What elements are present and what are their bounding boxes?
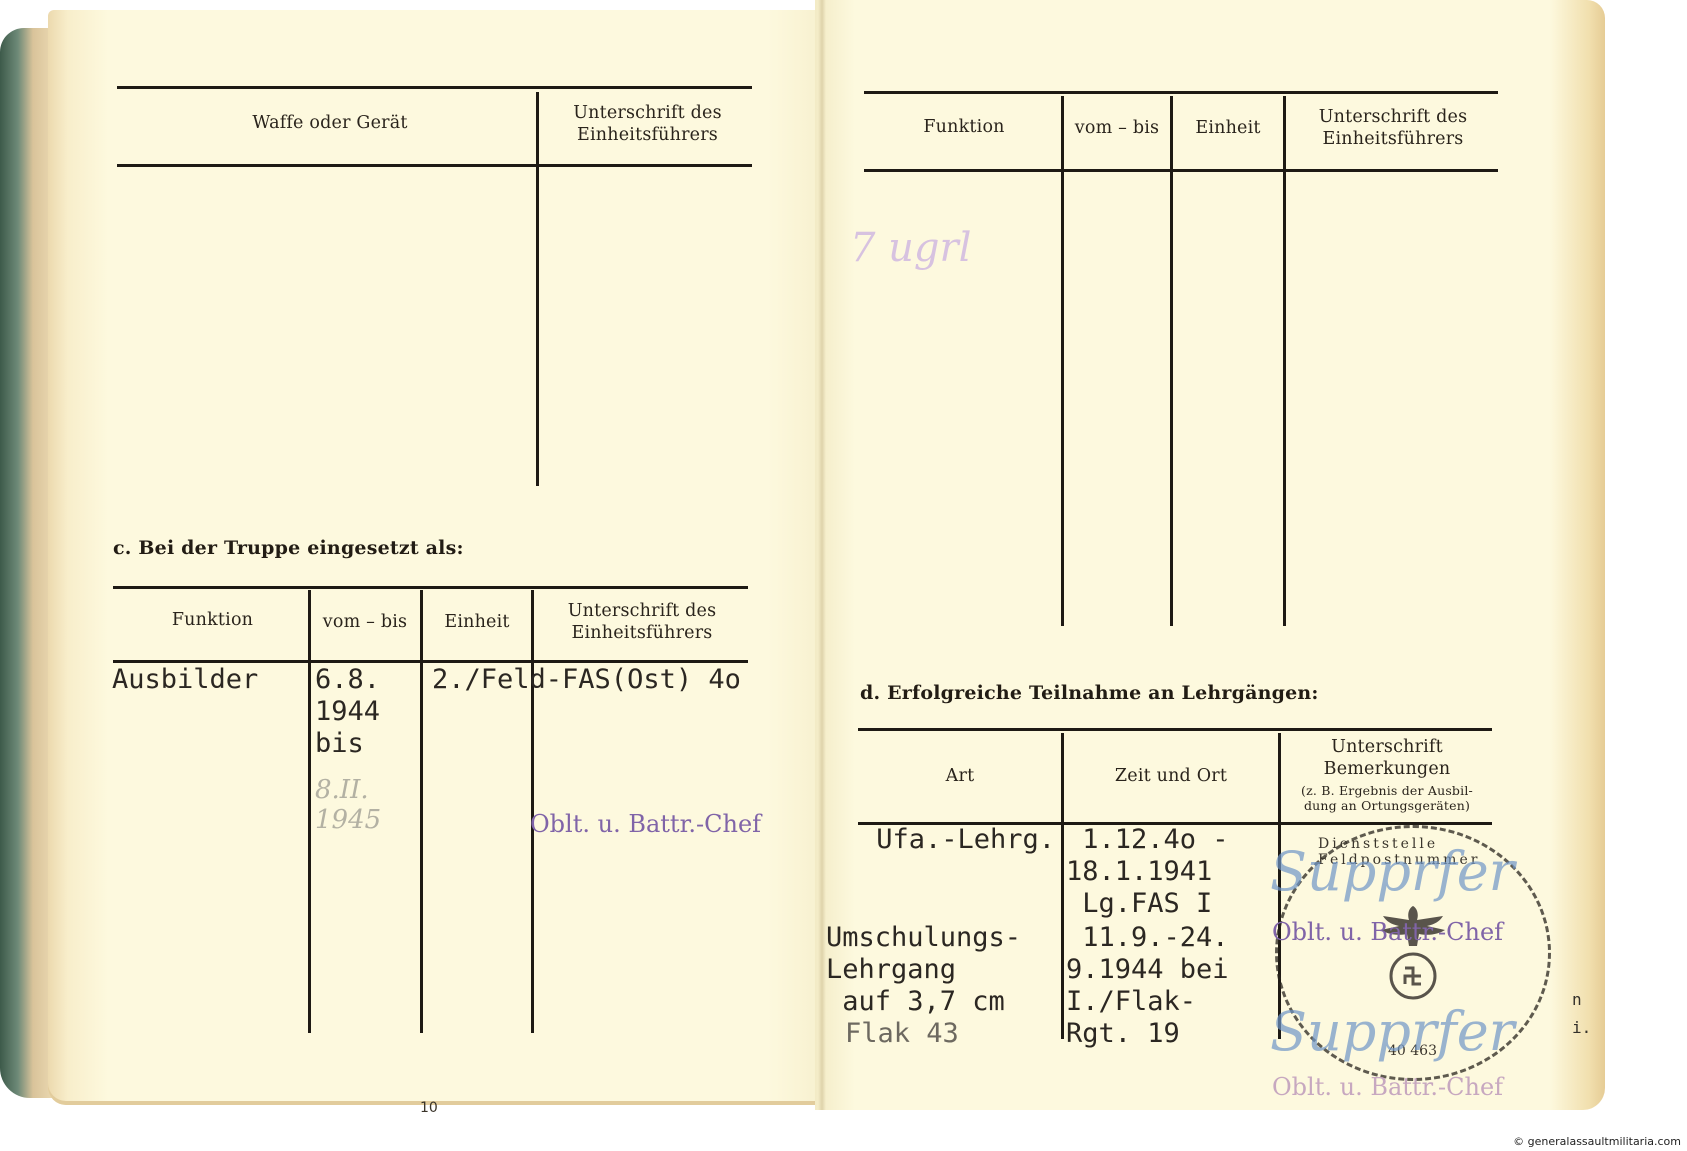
- officer-stamp-1: Oblt. u. Battr.-Chef: [1272, 918, 1503, 946]
- watermark: © generalassaultmilitaria.com: [1513, 1135, 1681, 1148]
- table-top-rule: [858, 728, 1492, 731]
- header-vom-bis: vom – bis: [1064, 117, 1170, 139]
- cell-funktion: Ausbilder: [112, 664, 258, 696]
- page-number: 10: [420, 1100, 438, 1116]
- table-header-rule: [117, 164, 752, 167]
- officer-stamp-2: Oblt. u. Battr.-Chef: [1272, 1073, 1503, 1101]
- table-header-rule: [113, 660, 748, 663]
- column-divider: [1283, 96, 1286, 626]
- section-d-title: d. Erfolgreiche Teilnahme an Lehrgängen:: [860, 682, 1319, 704]
- header-unterschrift: Unterschrift des Einheitsführers: [545, 102, 750, 146]
- column-divider: [1061, 96, 1064, 626]
- cell-einheit: 2./Feld-FAS(Ost) 4o: [432, 664, 741, 696]
- book-gutter: [818, 0, 826, 1110]
- column-divider: [536, 92, 539, 486]
- header-funktion: Funktion: [870, 116, 1058, 138]
- header-einheit: Einheit: [1173, 117, 1283, 139]
- header-zeit-und-ort: Zeit und Ort: [1064, 765, 1278, 787]
- header-funktion: Funktion: [120, 609, 305, 631]
- column-divider: [420, 590, 423, 1033]
- edge-mark: i.: [1572, 1018, 1591, 1037]
- cell-art-2: Umschulungs- Lehrgang auf 3,7 cm: [826, 922, 1021, 1018]
- cell-art-2-faint: Flak 43: [845, 1018, 959, 1050]
- cell-vom-bis: 6.8. 1944 bis: [315, 664, 380, 760]
- edge-mark: n: [1572, 990, 1582, 1009]
- cell-vom-bis-pencil: 8.II. 1945: [315, 775, 381, 835]
- signature-2: Supprfer: [1270, 1000, 1514, 1063]
- pencil-mark: 7 ugrl: [850, 225, 971, 271]
- table-top-rule: [113, 586, 748, 589]
- header-art: Art: [860, 765, 1060, 787]
- eagle-emblem-icon: [1373, 898, 1453, 1008]
- column-divider: [1170, 96, 1173, 626]
- header-einheit: Einheit: [423, 611, 531, 633]
- table-header-rule: [864, 169, 1498, 172]
- header-unterschrift: Unterschrift des Einheitsführers: [1288, 106, 1498, 150]
- table-top-rule: [864, 91, 1498, 94]
- header-waffe-oder-geraet: Waffe oder Gerät: [130, 112, 530, 134]
- cell-art-1: Ufa.-Lehrg.: [850, 824, 1055, 856]
- column-divider: [308, 590, 311, 1033]
- cell-zeit-ort-2: 11.9.-24. 9.1944 bei I./Flak- Rgt. 19: [1066, 922, 1229, 1050]
- header-unterschrift: Unterschrift des Einheitsführers: [536, 600, 748, 644]
- section-c-title: c. Bei der Truppe eingesetzt als:: [113, 537, 464, 559]
- cell-zeit-ort-1: 1.12.4o - 18.1.1941 Lg.FAS I: [1066, 824, 1229, 920]
- header-unterschrift-bemerkungen: Unterschrift Bemerkungen: [1282, 736, 1492, 780]
- signature-1: Supprfer: [1270, 840, 1514, 903]
- table-top-rule: [117, 86, 752, 89]
- officer-stamp: Oblt. u. Battr.-Chef: [530, 810, 761, 838]
- header-vom-bis: vom – bis: [311, 611, 419, 633]
- header-unterschrift-note: (z. B. Ergebnis der Ausbil- dung an Ortu…: [1282, 783, 1492, 813]
